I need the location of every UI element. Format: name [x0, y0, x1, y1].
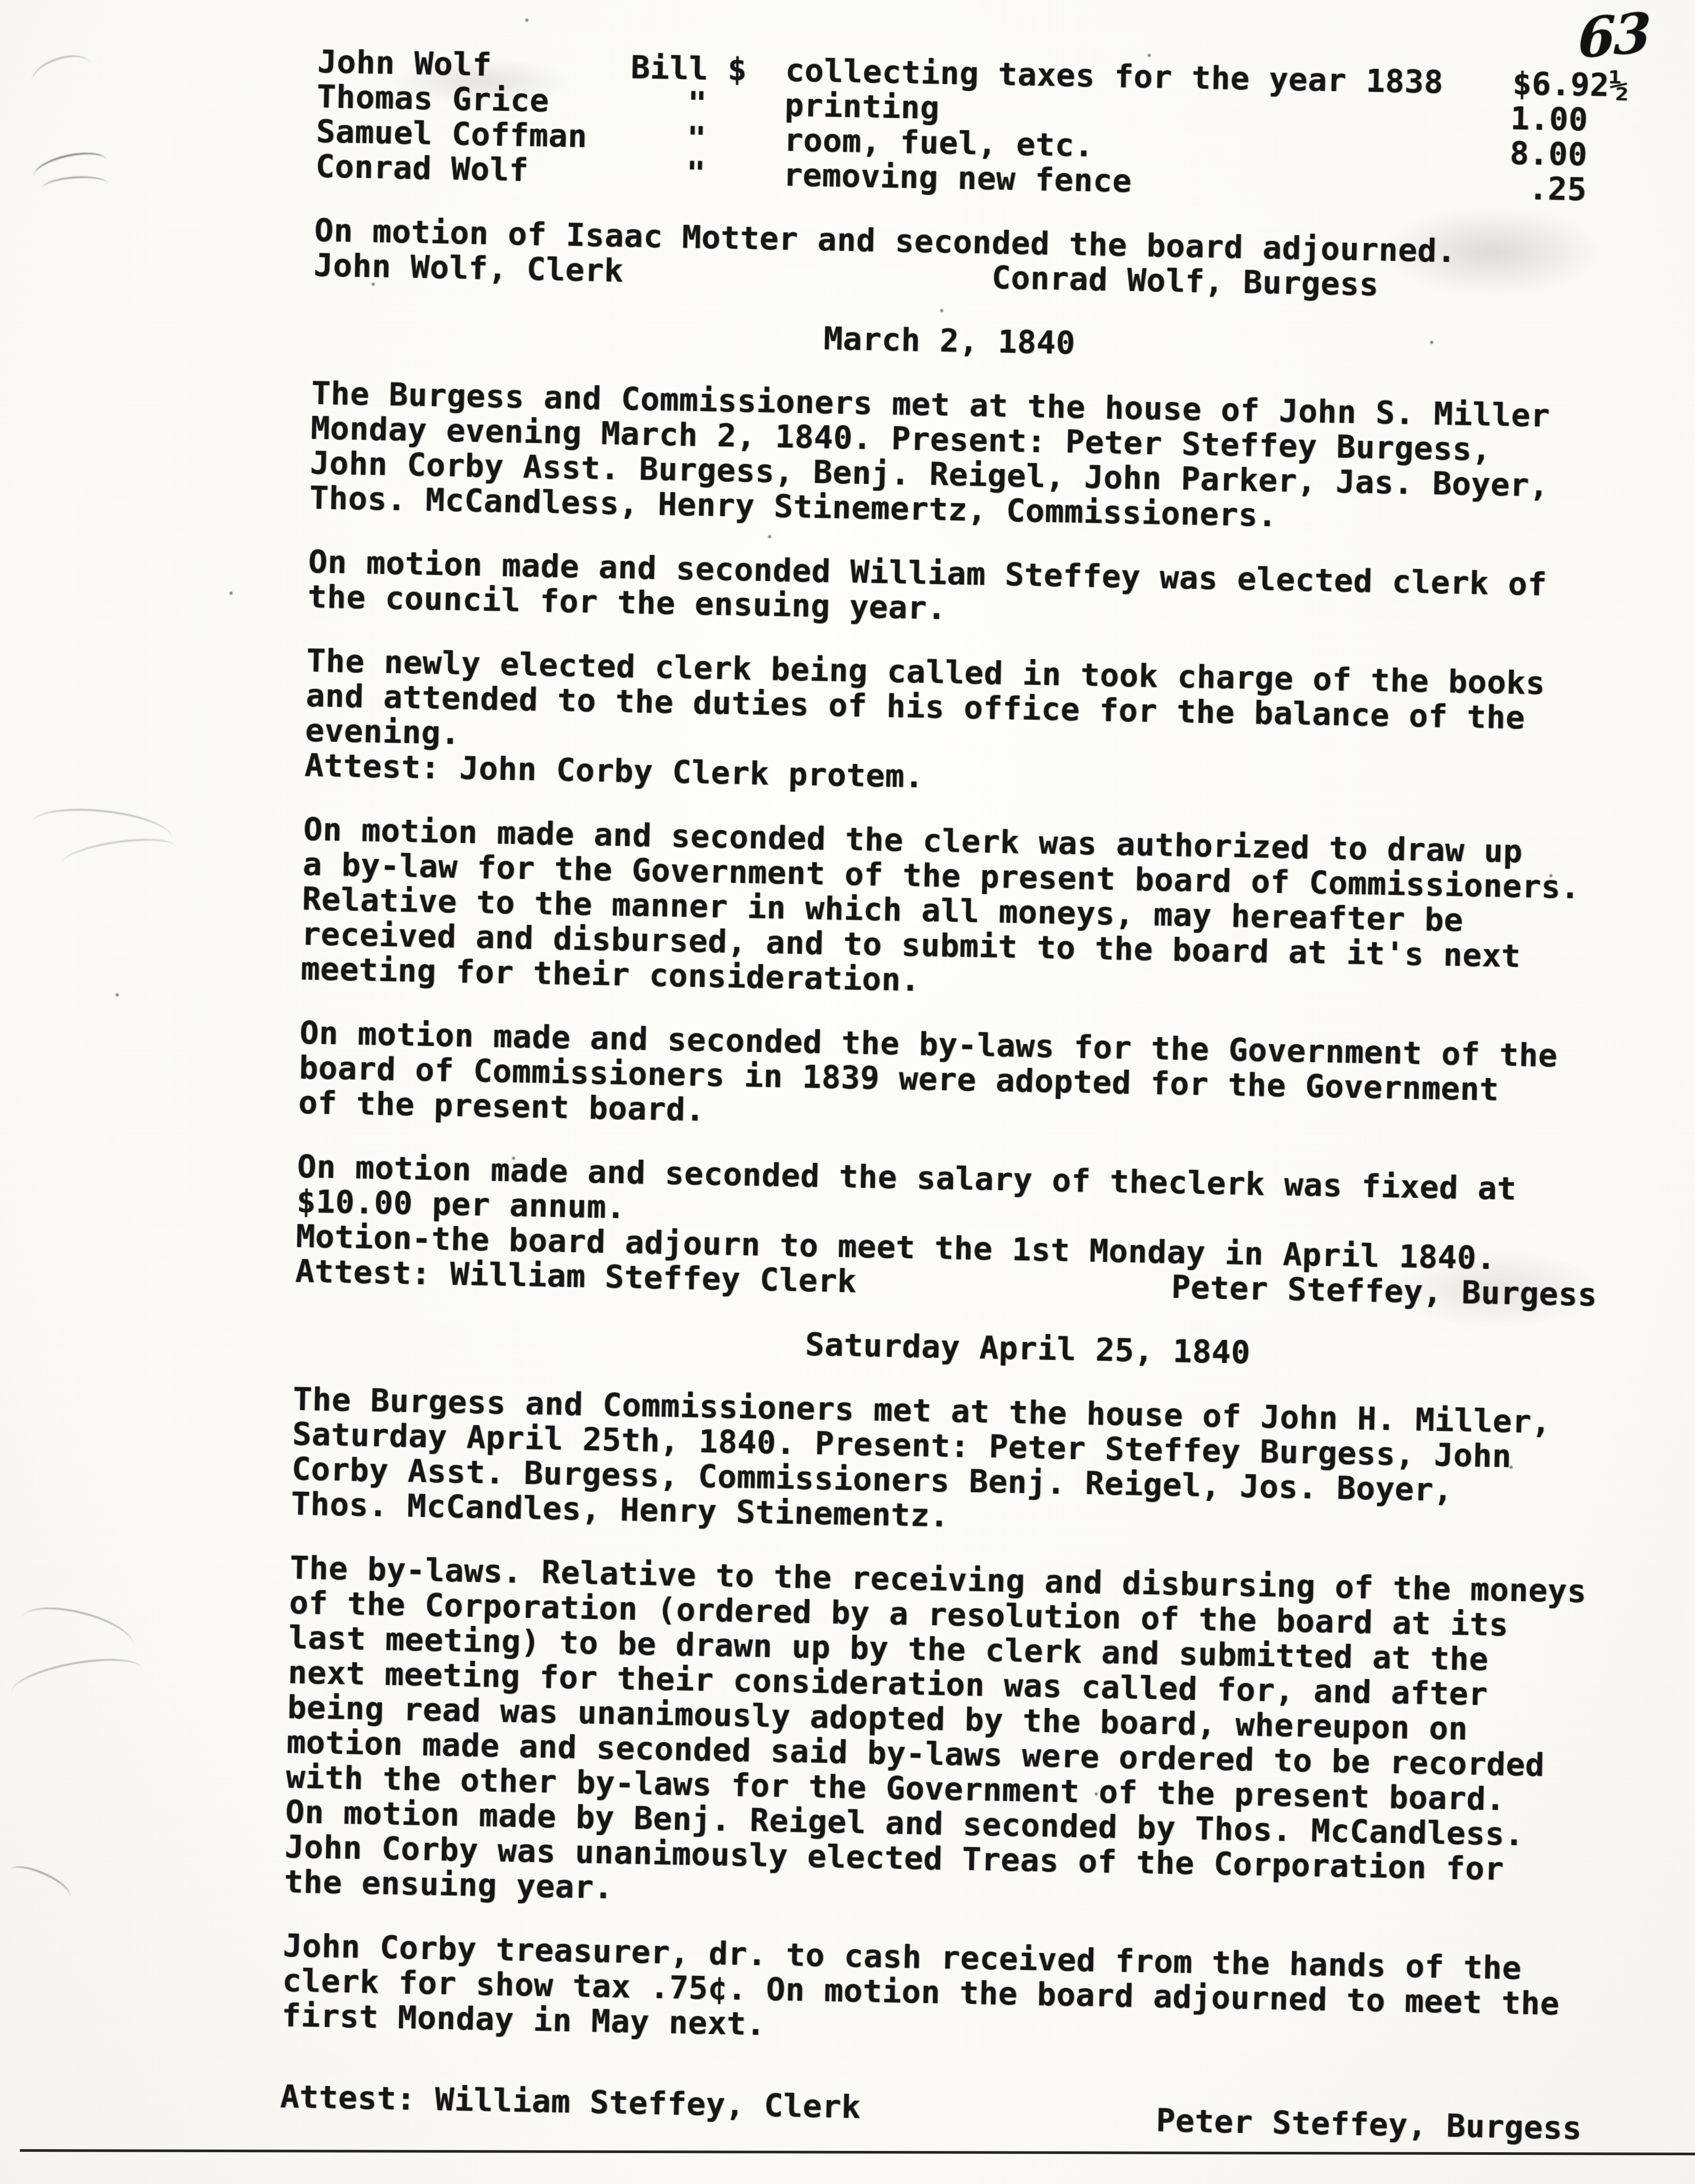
- scan-speck: [1095, 1792, 1098, 1795]
- paragraph: John Corby treasurer, dr. to cash receiv…: [281, 1928, 1590, 2056]
- scanned-document-page: 63 John WolfBill $collecting taxes for t…: [0, 0, 1695, 2184]
- expense-bill-label: ": [629, 120, 784, 157]
- scan-smear: [1382, 207, 1602, 296]
- signature-left: John Wolf, Clerk: [313, 248, 624, 288]
- paragraph: The Burgess and Commissioners met at the…: [291, 1381, 1600, 1545]
- paragraph: On motion made and seconded William Stef…: [307, 544, 1615, 638]
- expense-payee: Conrad Wolf: [315, 149, 629, 189]
- expense-bill-label: ": [629, 155, 783, 192]
- scan-smudge: [16, 1598, 138, 1666]
- expense-amount: 1.00: [1402, 99, 1588, 137]
- expense-amount: .25: [1401, 169, 1587, 207]
- signature-line: Attest: William Steffey, ClerkPeter Stef…: [280, 2079, 1587, 2138]
- expense-bill-label: ": [630, 85, 785, 122]
- expense-bill-label: Bill $: [630, 50, 785, 87]
- expense-amount: $6.92½: [1443, 65, 1629, 103]
- scan-speck: [768, 535, 771, 538]
- screenshot-root: { "page": { "number": "63", "paper_color…: [0, 0, 1695, 2184]
- expense-amount: 8.00: [1401, 134, 1587, 172]
- scan-speck: [1430, 341, 1433, 344]
- date-heading: March 2, 1840: [823, 321, 1619, 370]
- signature-right: Peter Steffey, Burgess: [1156, 2103, 1582, 2146]
- scan-speck: [230, 592, 233, 595]
- scan-speck: [116, 993, 119, 996]
- paragraph: The Burgess and Commissioners met at the…: [309, 376, 1618, 539]
- paragraph: On motion made and seconded the by-laws …: [298, 1015, 1606, 1144]
- scan-smudge: [5, 1860, 75, 1908]
- scan-speck: [940, 309, 943, 312]
- scan-smudge: [9, 1651, 146, 1711]
- paragraph: On motion made and seconded the clerk wa…: [301, 812, 1610, 1010]
- scan-smudge: [27, 49, 96, 99]
- scan-smear: [388, 57, 574, 106]
- paragraph: The by-laws. Relative to the receiving a…: [284, 1550, 1597, 1923]
- signature-right: Conrad Wolf, Burgess: [991, 260, 1379, 302]
- scan-speck: [525, 19, 528, 22]
- paragraph: The newly elected clerk being called in …: [304, 643, 1613, 807]
- scan-speck: [309, 1854, 312, 1857]
- typed-content: John WolfBill $collecting taxes for the …: [280, 44, 1624, 2138]
- date-heading: Saturday April 25, 1840: [805, 1327, 1601, 1377]
- page-number: 63: [1578, 0, 1650, 71]
- scan-speck: [512, 1157, 515, 1160]
- scan-speck: [1549, 874, 1552, 877]
- scan-edge-line: [20, 2149, 1695, 2155]
- scan-speck: [372, 283, 375, 286]
- scan-smear: [1390, 1249, 1602, 1329]
- scan-speck: [1148, 54, 1151, 57]
- scan-speck: [1510, 1466, 1513, 1469]
- signature-left: Attest: William Steffey, Clerk: [280, 2079, 861, 2124]
